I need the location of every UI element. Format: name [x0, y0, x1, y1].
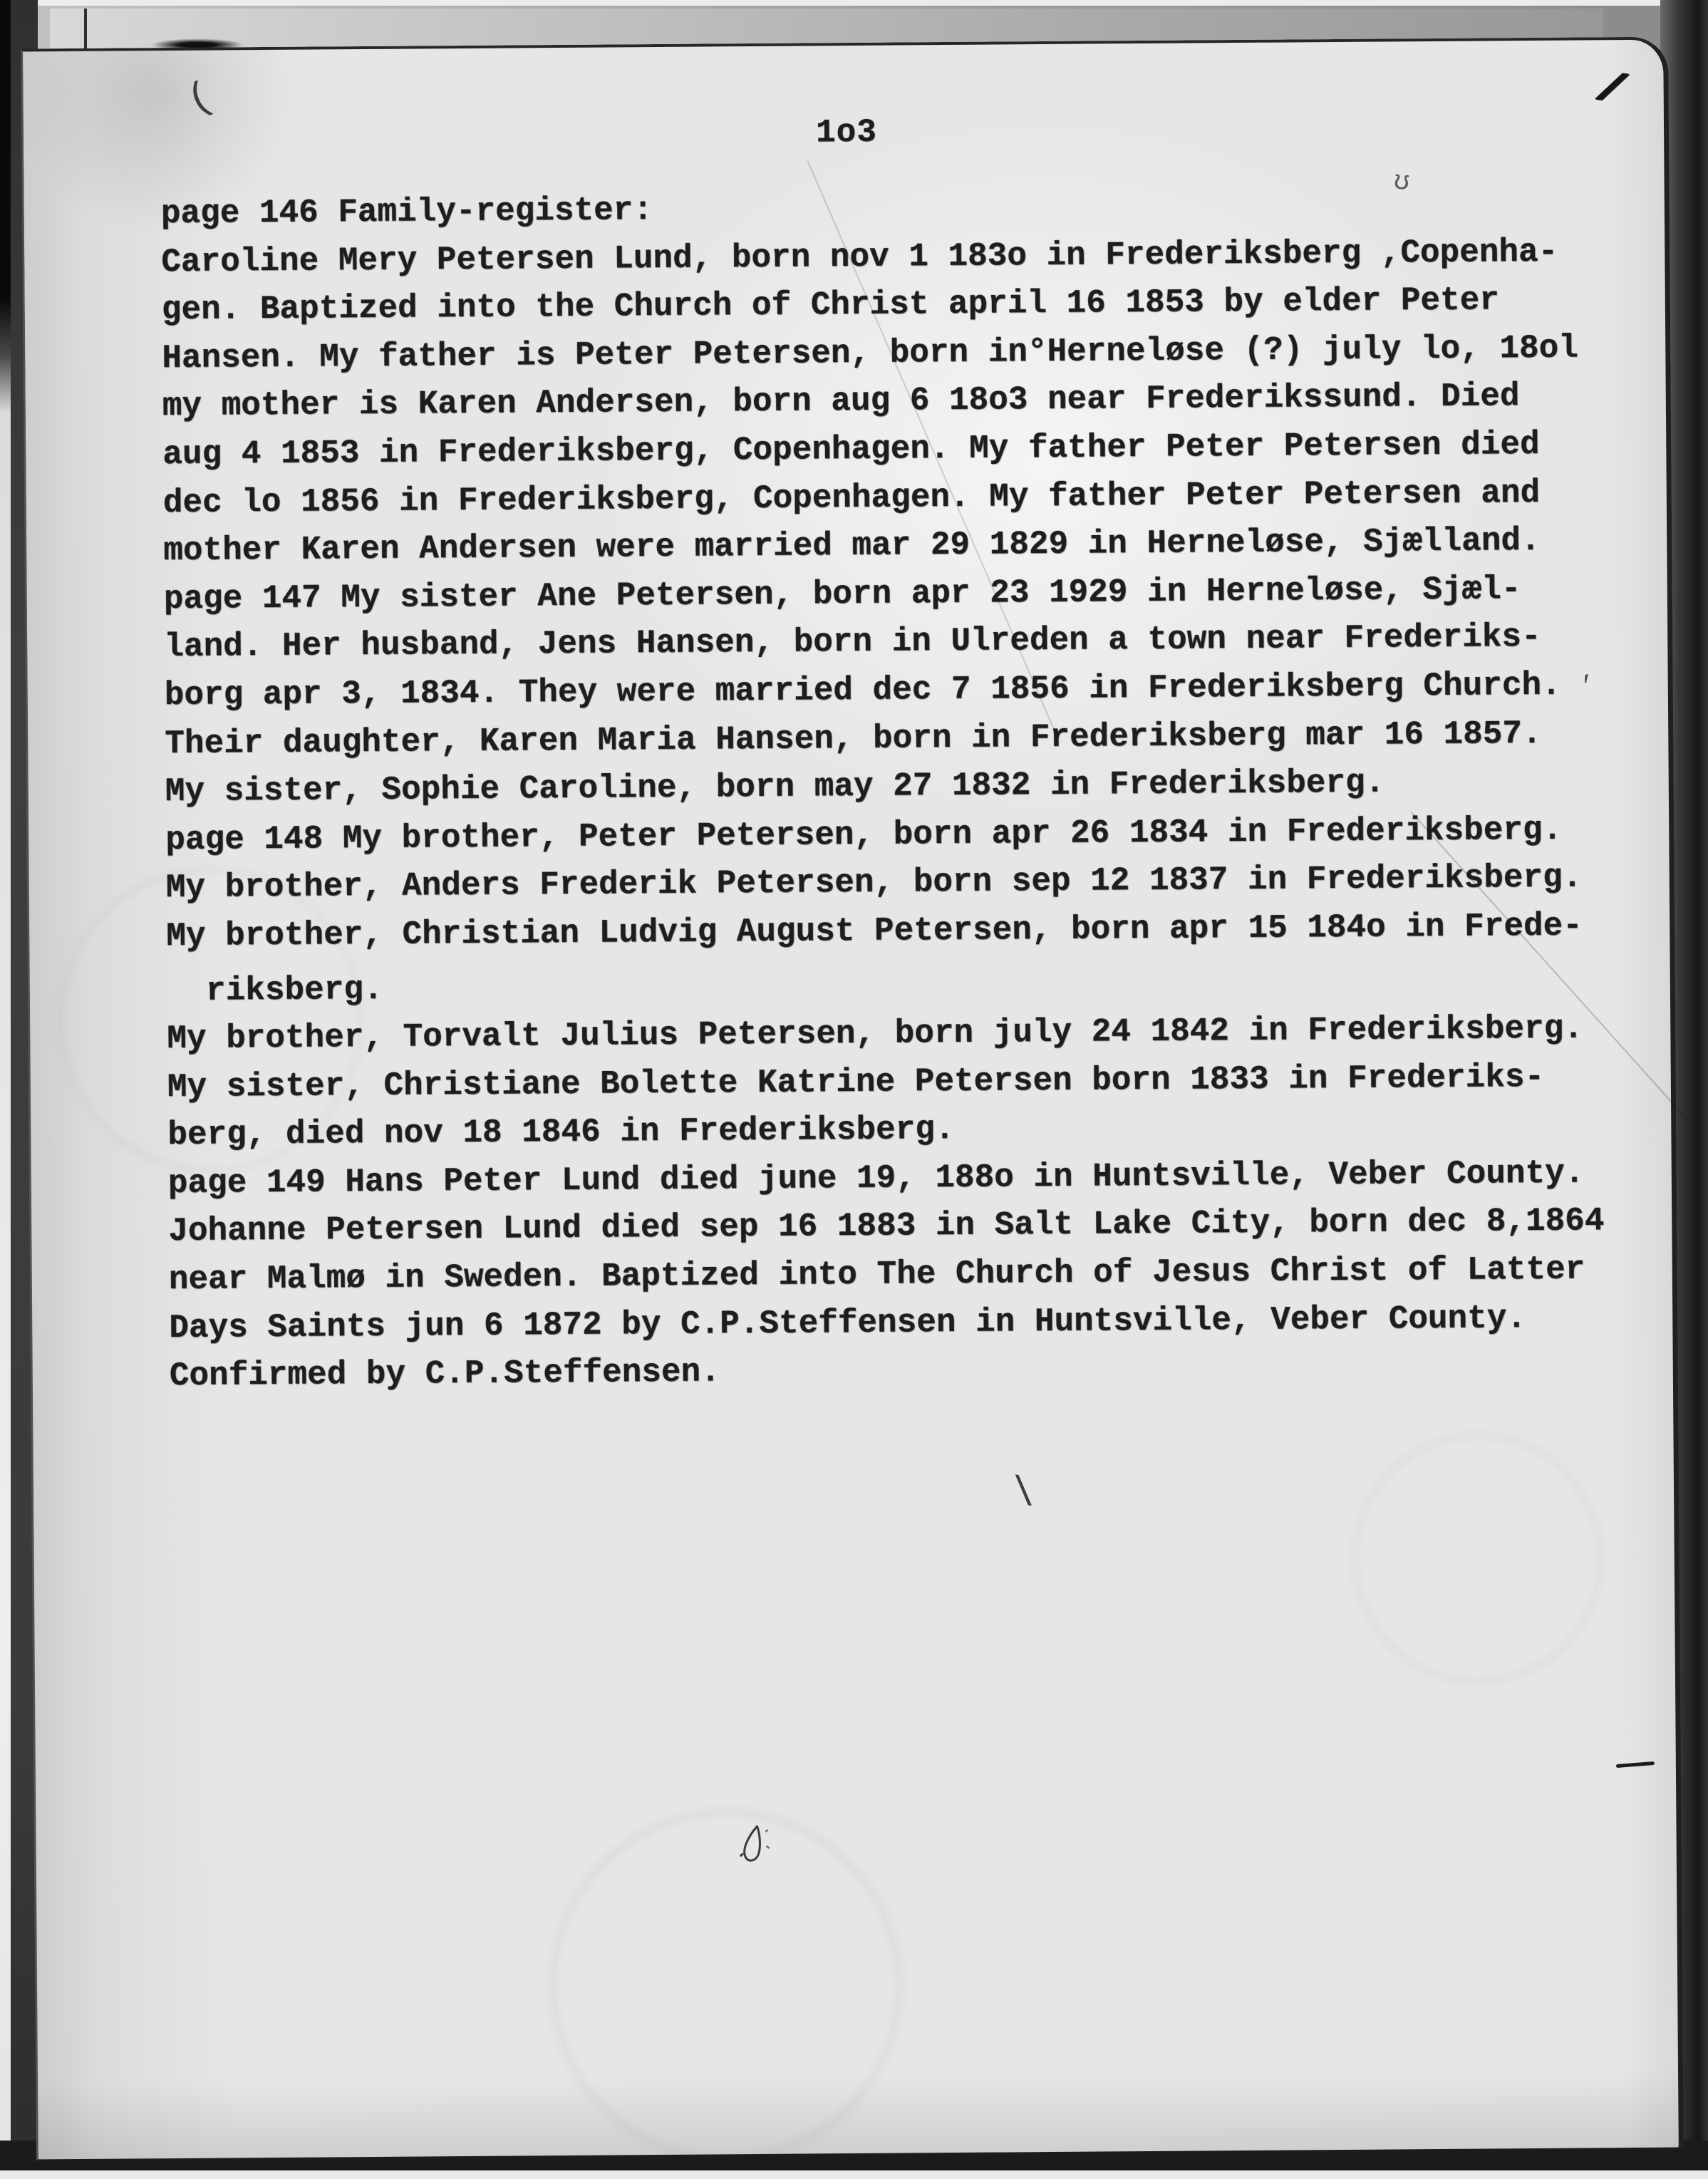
- ink-doodle-mark: [738, 1822, 772, 1868]
- handwritten-stroke-mark: /: [1590, 65, 1632, 115]
- scan-artifact-tick: [84, 9, 87, 50]
- scan-edge-left-strip: [0, 0, 11, 2179]
- text-line: My brother, Christian Ludvig August Pete…: [166, 901, 1670, 961]
- handwritten-u-mark: ʊ: [1392, 166, 1412, 198]
- scan-edge-bottom-line: [0, 2170, 1708, 2179]
- handwritten-paren-mark: (: [180, 73, 221, 125]
- handwritten-backslash-mark: \: [1009, 1470, 1037, 1518]
- handwritten-dash-mark: [1616, 1761, 1655, 1768]
- text-line: Confirmed by C.P.Steffensen.: [170, 1342, 1673, 1401]
- document-page: 1o3 page 146 Family-register:Caroline Me…: [21, 37, 1684, 2163]
- typewritten-text: page 146 Family-register:Caroline Mery P…: [161, 180, 1673, 1401]
- scan-edge-top-line: [0, 0, 1708, 6]
- page-number: 1o3: [816, 114, 877, 152]
- scanned-document-image: 1o3 page 146 Family-register:Caroline Me…: [0, 0, 1708, 2179]
